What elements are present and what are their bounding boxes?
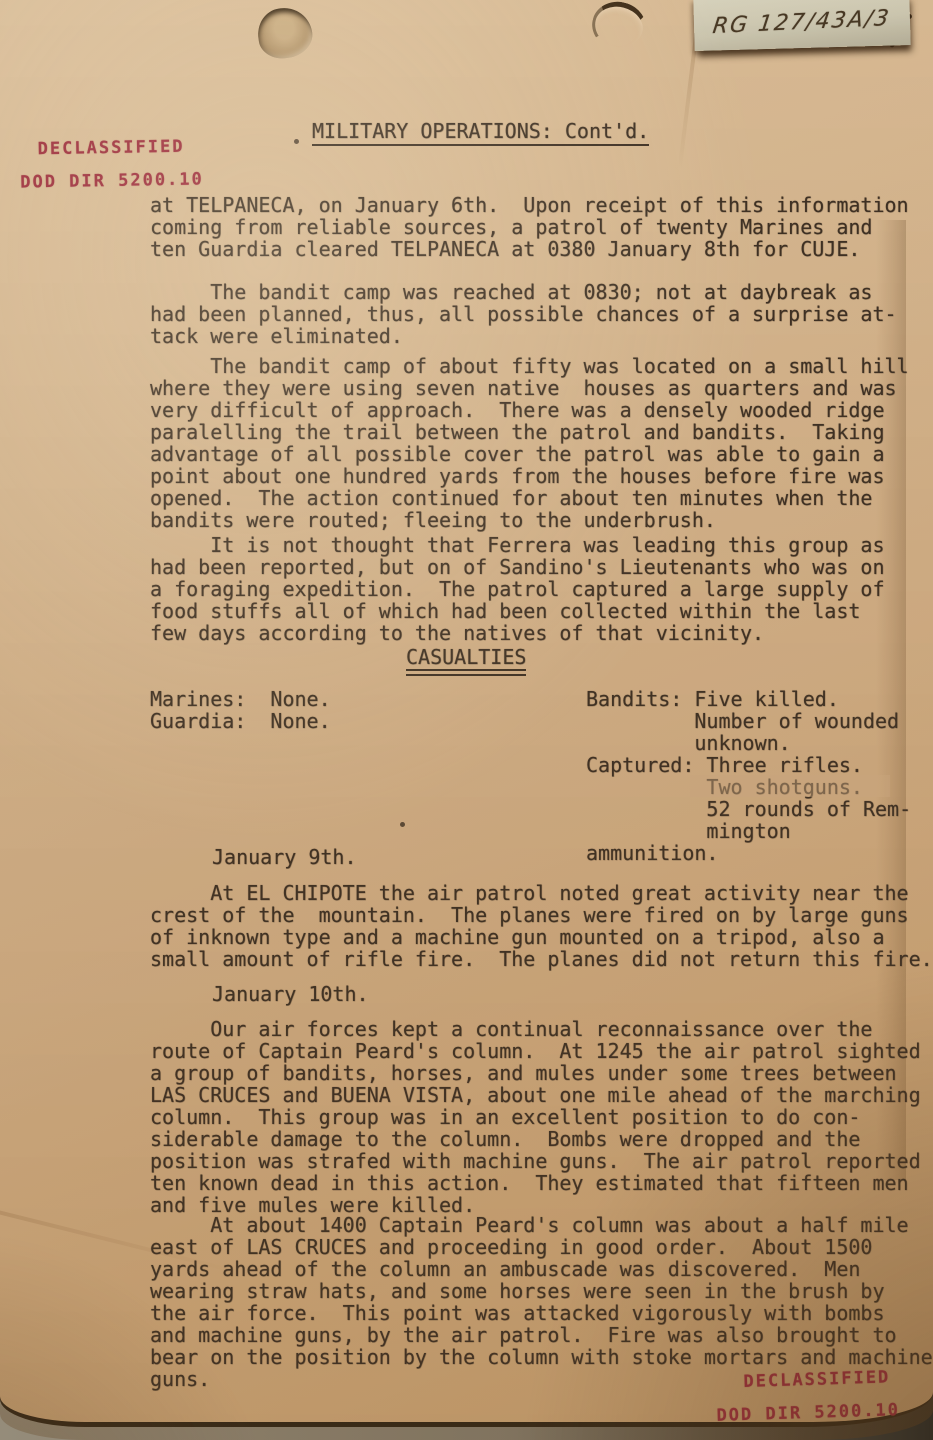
section-heading-january-10: January 10th. (212, 983, 369, 1005)
paragraph-ferrera: It is not thought that Ferrera was leadi… (150, 534, 885, 644)
archive-reference-label: RG 127/43A/3 (712, 5, 893, 38)
page-title: MILITARY OPERATIONS: Cont'd. (312, 120, 649, 146)
section-heading-january-9: January 9th. (212, 846, 357, 868)
paragraph-air-reconnaissance: Our air forces kept a continual reconnai… (150, 1018, 921, 1216)
declassified-stamp-line2: DOD DIR 5200.10 (20, 169, 204, 192)
casualties-enemy-column: Bandits: Five killed. Number of wounded … (586, 688, 933, 864)
declassified-stamp-line1: DECLASSIFIED (743, 1361, 899, 1399)
declassified-stamp-top: DECLASSIFIED DOD DIR 5200.10 (19, 130, 204, 199)
casualties-friendly-column: Marines: None. Guardia: None. (150, 688, 331, 732)
paragraph-telpaneca: at TELPANECA, on January 6th. Upon recei… (150, 194, 909, 260)
paragraph-bandit-camp-attack: The bandit camp of about fifty was locat… (150, 355, 909, 531)
casualties-heading: CASUALTIES (406, 646, 526, 676)
ink-mark (294, 139, 299, 144)
photo-of-document: { "annotation": { "label": "RG 127/43A/3… (0, 0, 933, 1440)
ink-mark (400, 822, 405, 827)
declassified-stamp-line2: DOD DIR 5200.10 (716, 1400, 900, 1426)
archive-reference-note: RG 127/43A/3 (693, 0, 910, 51)
paragraph-el-chipote: At EL CHIPOTE the air patrol noted great… (150, 882, 933, 970)
paragraph-bandit-camp-reached: The bandit camp was reached at 0830; not… (150, 281, 897, 347)
declassified-stamp-bottom: DECLASSIFIED DOD DIR 5200.10 (715, 1361, 901, 1433)
declassified-stamp-line1: DECLASSIFIED (37, 130, 203, 166)
